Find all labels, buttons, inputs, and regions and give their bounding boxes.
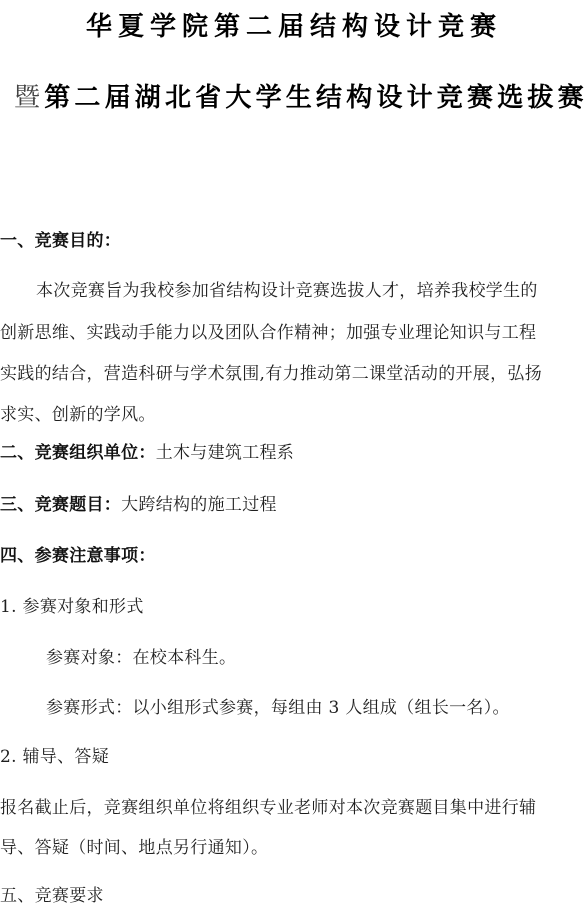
section-3: 三、竞赛题目：大跨结构的施工过程 xyxy=(0,490,277,515)
document-title-line-1: 华夏学院第二届结构设计竞赛 xyxy=(0,6,588,43)
section-1-para-line-3: 实践的结合，营造科研与学术氛围,有力推动第二课堂活动的开展，弘扬 xyxy=(0,359,542,384)
section-1-para-line-2: 创新思维、实践动手能力以及团队合作精神；加强专业理论知识与工程 xyxy=(0,318,536,343)
section-1-heading: 一、竞赛目的： xyxy=(0,226,121,251)
section-2-value: 土木与建筑工程系 xyxy=(156,443,294,463)
section-4-item-1-target: 参赛对象：在校本科生。 xyxy=(46,643,236,668)
section-3-label: 三、竞赛题目： xyxy=(0,495,121,515)
section-4-heading: 四、参赛注意事项： xyxy=(0,541,156,566)
document-title-line-2: 暨第二届湖北省大学生结构设计竞赛选拔赛 xyxy=(14,77,588,114)
section-1-para-line-4: 求实、创新的学风。 xyxy=(0,400,156,425)
title-first-char: 暨 xyxy=(14,83,44,113)
section-1-para-line-1: 本次竞赛旨为我校参加省结构设计竞赛选拔人才，培养我校学生的 xyxy=(36,276,538,301)
title-line-2-text: 第二届湖北省大学生结构设计竞赛选拔赛 xyxy=(44,83,588,113)
section-3-value: 大跨结构的施工过程 xyxy=(121,495,277,515)
section-5-heading: 五、竞赛要求 xyxy=(0,881,104,906)
section-4-item-1: 1. 参赛对象和形式 xyxy=(0,592,144,617)
section-4-item-2-para-line-2: 导、答疑（时间、地点另行通知）。 xyxy=(0,833,268,858)
section-2: 二、竞赛组织单位：土木与建筑工程系 xyxy=(0,438,294,463)
section-4-item-2-para-line-1: 报名截止后，竞赛组织单位将组织专业老师对本次竞赛题目集中进行辅 xyxy=(0,793,536,818)
section-4-item-1-form: 参赛形式：以小组形式参赛，每组由 3 人组成（组长一名）。 xyxy=(46,693,510,718)
section-4-item-2: 2. 辅导、答疑 xyxy=(0,742,109,767)
section-2-label: 二、竞赛组织单位： xyxy=(0,443,156,463)
